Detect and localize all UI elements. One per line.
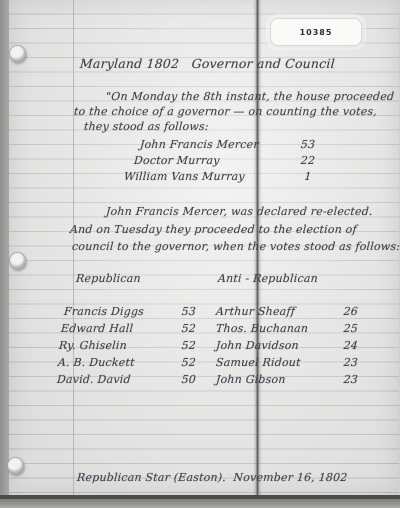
paragraph2-line1: John Francis Mercer, was declared re-ele…	[106, 205, 374, 218]
republican-name: Ry. Ghiselin	[59, 339, 128, 352]
document-title: Maryland 1802 Governor and Council	[79, 56, 335, 71]
vote-count: 1	[298, 170, 319, 183]
paragraph1-line1: "On Monday the 8th instant, the house pr…	[106, 90, 395, 103]
republican-name: Francis Diggs	[64, 305, 145, 318]
catalog-number: 10385	[300, 28, 333, 37]
republican-votes: 52	[178, 322, 197, 335]
paragraph1-line2: to the choice of a governor — on countin…	[74, 105, 378, 118]
candidate-name: Doctor Murray	[134, 154, 221, 167]
catalog-label: 10385	[270, 18, 362, 46]
scanned-document: 10385 Maryland 1802 Governor and Council…	[0, 0, 400, 508]
republican-votes: 52	[178, 339, 197, 352]
paragraph1-line3: they stood as follows:	[84, 120, 210, 133]
source-citation: Republican Star (Easton). November 16, 1…	[77, 471, 348, 484]
column-header-republican: Republican	[76, 272, 142, 285]
vote-count: 53	[298, 138, 319, 151]
candidate-name: John Francis Mercer	[140, 138, 260, 151]
anti-republican-name: Samuel Ridout	[216, 356, 302, 369]
punch-hole-middle	[9, 252, 26, 269]
vote-count: 22	[298, 154, 319, 167]
anti-republican-name: Thos. Buchanan	[216, 322, 309, 335]
paragraph2-line2: And on Tuesday they proceeded to the ele…	[70, 223, 358, 236]
republican-votes: 52	[178, 356, 197, 369]
candidate-name: William Vans Murray	[124, 170, 246, 183]
anti-republican-votes: 23	[340, 356, 359, 369]
scanner-background	[0, 499, 400, 508]
anti-republican-name: John Gibson	[216, 373, 287, 386]
republican-votes: 50	[178, 373, 197, 386]
anti-republican-votes: 25	[340, 322, 359, 335]
anti-republican-name: Arthur Sheaff	[216, 305, 296, 318]
republican-name: A. B. Duckett	[58, 356, 136, 369]
anti-republican-votes: 26	[340, 305, 359, 318]
punch-hole-top	[9, 45, 26, 62]
republican-votes: 53	[178, 305, 197, 318]
paragraph2-line3: council to the governor, when the votes …	[72, 240, 400, 253]
anti-republican-name: John Davidson	[216, 339, 300, 352]
anti-republican-votes: 23	[340, 373, 359, 386]
republican-name: Edward Hall	[61, 322, 134, 335]
punch-hole-bottom	[7, 457, 24, 474]
anti-republican-votes: 24	[340, 339, 359, 352]
republican-name: David. David	[57, 373, 132, 386]
column-header-anti-republican: Anti - Republican	[218, 272, 319, 285]
